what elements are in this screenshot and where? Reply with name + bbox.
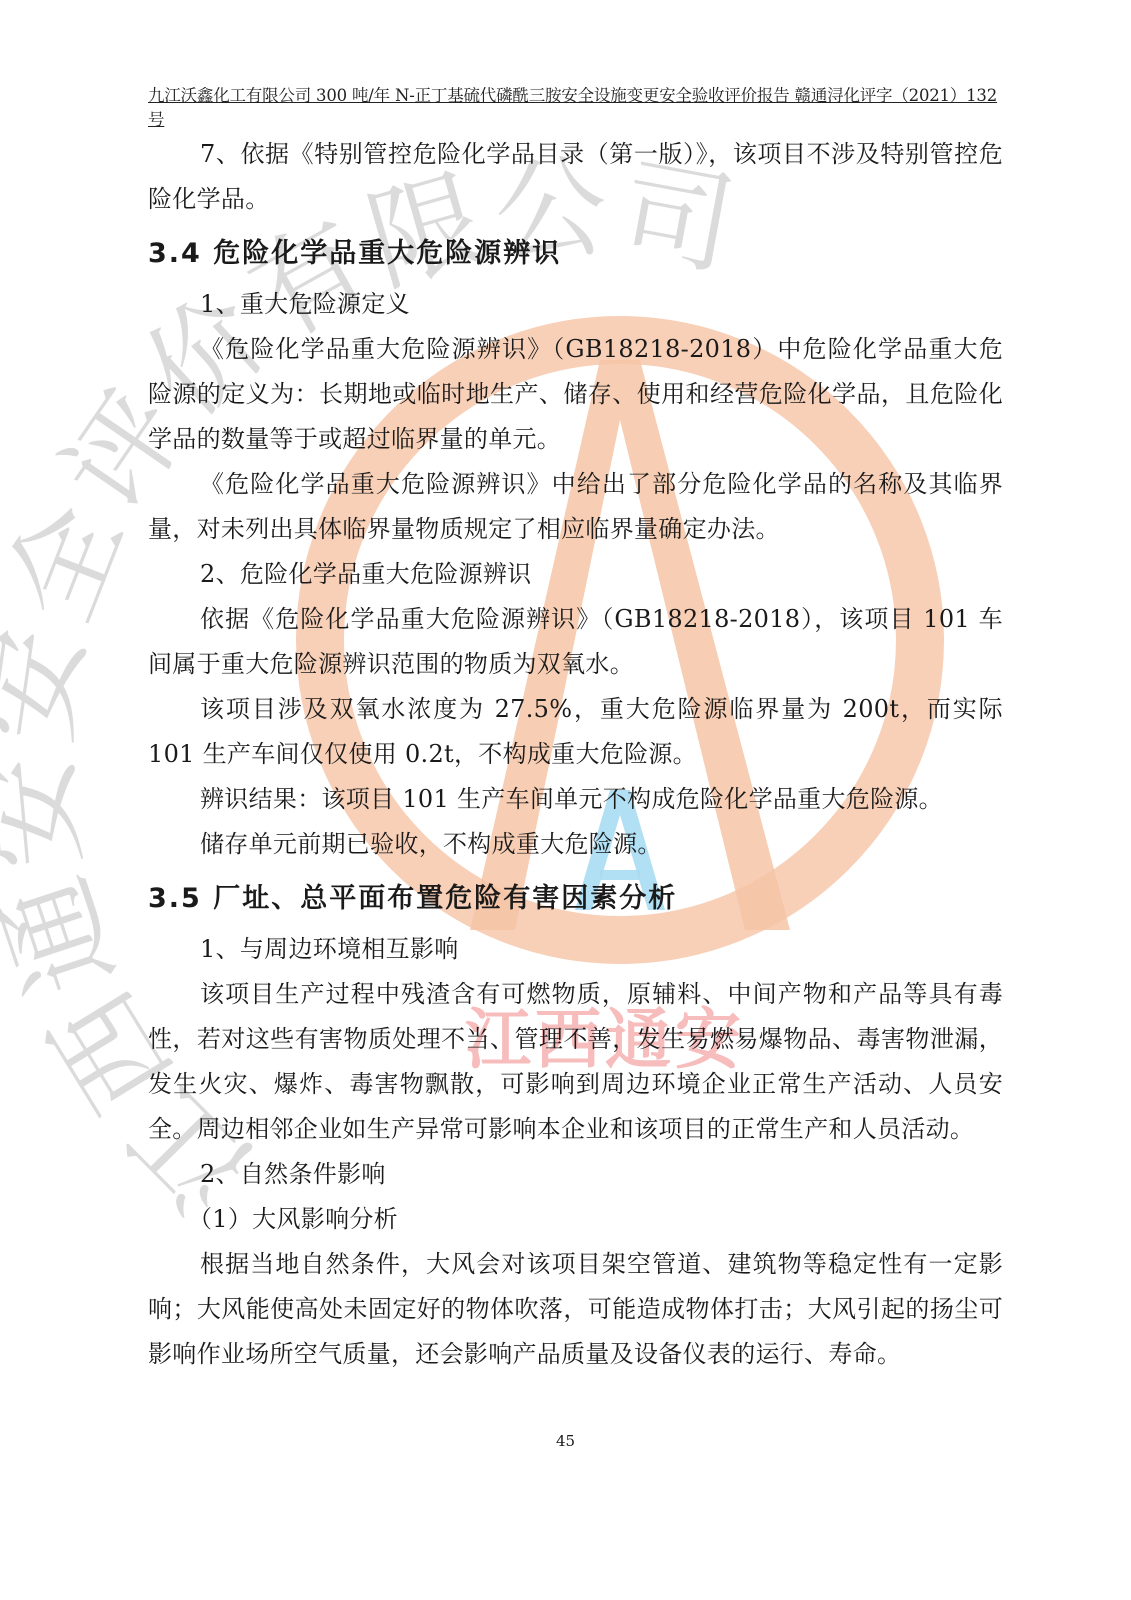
item-heading-surroundings: 1、与周边环境相互影响 (148, 927, 1003, 972)
paragraph-hydrogen-peroxide: 该项目涉及双氧水浓度为 27.5%，重大危险源临界量为 200t，而实际 101… (148, 687, 1003, 777)
document-page: 江西通安安全评价有限公司 江西通安 九江沃鑫化工有限公司 300 吨/年 N-正… (0, 0, 1131, 1600)
running-header-line1: 九江沃鑫化工有限公司 300 吨/年 N-正丁基硫代磷酰三胺安全设施变更安全验收… (148, 84, 1003, 108)
page-content: 九江沃鑫化工有限公司 300 吨/年 N-正丁基硫代磷酰三胺安全设施变更安全验收… (148, 84, 1003, 1377)
paragraph-identification-basis: 依据《危险化学品重大危险源辨识》（GB18218-2018），该项目 101 车… (148, 597, 1003, 687)
running-header-line2: 号 (148, 108, 1003, 132)
running-header: 九江沃鑫化工有限公司 300 吨/年 N-正丁基硫代磷酰三胺安全设施变更安全验收… (148, 84, 1003, 132)
page-number: 45 (0, 1432, 1131, 1450)
paragraph-storage-unit: 储存单元前期已验收，不构成重大危险源。 (148, 822, 1003, 867)
item-heading-natural-conditions: 2、自然条件影响 (148, 1152, 1003, 1197)
item-heading-definition: 1、重大危险源定义 (148, 282, 1003, 327)
paragraph-surroundings: 该项目生产过程中残渣含有可燃物质，原辅料、中间产物和产品等具有毒性，若对这些有害… (148, 972, 1003, 1152)
paragraph-special-control: 7、依据《特别管控危险化学品目录（第一版）》，该项目不涉及特别管控危险化学品。 (148, 132, 1003, 222)
paragraph-identification-result: 辨识结果：该项目 101 生产车间单元不构成危险化学品重大危险源。 (148, 777, 1003, 822)
section-heading-3-5: 3.5 厂址、总平面布置危险有害因素分析 (148, 871, 1003, 927)
paragraph-definition: 《危险化学品重大危险源辨识》（GB18218-2018）中危险化学品重大危险源的… (148, 327, 1003, 462)
paragraph-critical-quantity: 《危险化学品重大危险源辨识》中给出了部分危险化学品的名称及其临界量，对未列出具体… (148, 462, 1003, 552)
section-heading-3-4: 3.4 危险化学品重大危险源辨识 (148, 226, 1003, 282)
subitem-heading-wind: （1）大风影响分析 (148, 1197, 1003, 1242)
item-heading-identification: 2、危险化学品重大危险源辨识 (148, 552, 1003, 597)
paragraph-wind-analysis: 根据当地自然条件，大风会对该项目架空管道、建筑物等稳定性有一定影响；大风能使高处… (148, 1242, 1003, 1377)
